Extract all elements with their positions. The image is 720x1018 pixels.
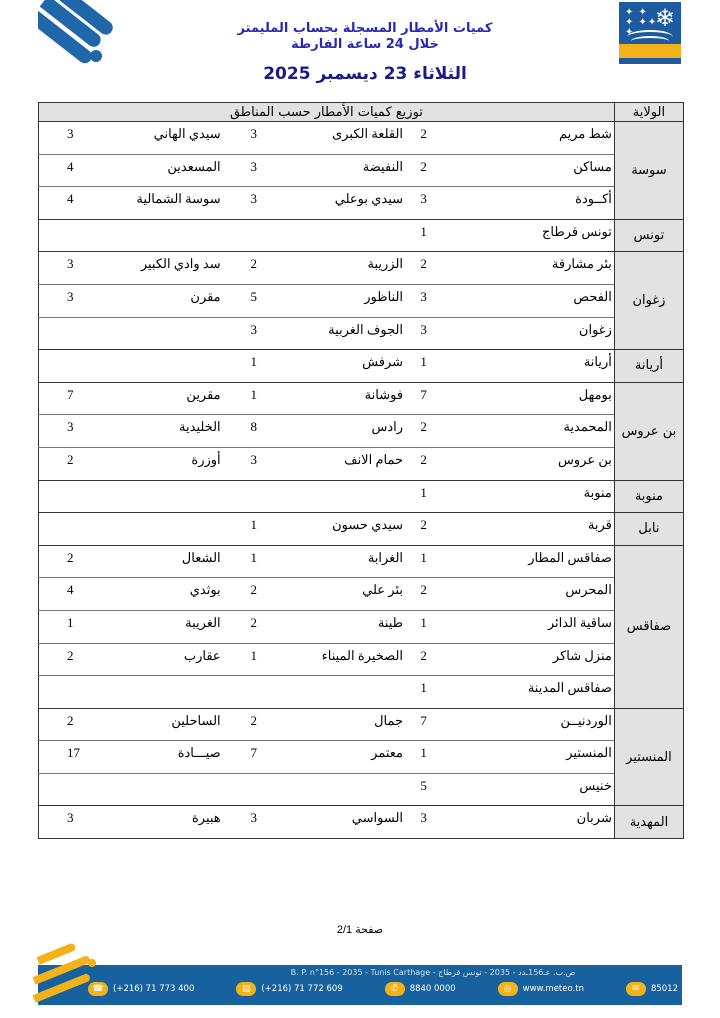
table-row: المنستير1معتمر7صيـــادة17 bbox=[39, 741, 684, 774]
table-row: سوسةشط مريم2القلعة الكبرى3سيدي الهاني3 bbox=[39, 122, 684, 155]
rainfall-value: 1 bbox=[409, 219, 438, 252]
snowflake-icon: ❄ bbox=[655, 6, 675, 30]
table-body: سوسةشط مريم2القلعة الكبرى3سيدي الهاني3مس… bbox=[39, 122, 684, 839]
table-row: ساقية الدائر1طينة2الغريبة1 bbox=[39, 610, 684, 643]
station-name: بومهل bbox=[438, 382, 614, 415]
station-name: الخليدية bbox=[80, 415, 227, 448]
station-name bbox=[281, 219, 409, 252]
station-name: أكــودة bbox=[438, 187, 614, 220]
table-row: صفاقس المدينة1 bbox=[39, 676, 684, 709]
station-name bbox=[80, 480, 227, 513]
rainfall-value: 2 bbox=[409, 252, 438, 285]
rainfall-value: 3 bbox=[39, 806, 81, 839]
station-name: عقارب bbox=[80, 643, 227, 676]
rainfall-value: 4 bbox=[39, 187, 81, 220]
rainfall-value: 2 bbox=[227, 578, 281, 611]
footer-address: B. P. n°156 - 2035 - Tunis Carthage - ص.… bbox=[188, 968, 678, 977]
contact-phone-text: (+216) 71 773 400 bbox=[113, 984, 194, 994]
table-header-row: الولاية توزيع كميات الأمطار حسب المناطق bbox=[39, 103, 684, 122]
rainfall-value: 1 bbox=[227, 382, 281, 415]
table-row: نابلقربة2سيدي حسون1 bbox=[39, 513, 684, 546]
logo-band bbox=[619, 44, 681, 58]
rainfall-value: 7 bbox=[227, 741, 281, 774]
rainfall-value bbox=[39, 480, 81, 513]
hotline-icon: ✆ bbox=[385, 982, 405, 996]
contact-fax: ▤ (+216) 71 772 609 bbox=[236, 982, 342, 996]
rainfall-value: 7 bbox=[39, 382, 81, 415]
station-name: المنستير bbox=[438, 741, 614, 774]
rainfall-value: 1 bbox=[39, 610, 81, 643]
table-row: تونستونس قرطاج1 bbox=[39, 219, 684, 252]
contact-hotline-text: 8840 0000 bbox=[410, 984, 456, 994]
rainfall-value: 2 bbox=[409, 513, 438, 546]
rainfall-value: 3 bbox=[227, 317, 281, 350]
station-name: سد وادي الكبير bbox=[80, 252, 227, 285]
rainfall-value: 1 bbox=[227, 513, 281, 546]
station-name: حمام الانف bbox=[281, 447, 409, 480]
rainfall-value: 3 bbox=[409, 806, 438, 839]
rainfall-value: 3 bbox=[227, 154, 281, 187]
rainfall-value: 2 bbox=[409, 578, 438, 611]
table-row: خنيس5 bbox=[39, 773, 684, 806]
station-name: خنيس bbox=[438, 773, 614, 806]
station-name bbox=[80, 317, 227, 350]
station-name: الصخيرة الميناء bbox=[281, 643, 409, 676]
table-row: زغوانبئر مشارقة2الزريبة2سد وادي الكبير3 bbox=[39, 252, 684, 285]
station-name: ساقية الدائر bbox=[438, 610, 614, 643]
station-name bbox=[80, 513, 227, 546]
station-name: منزل شاكر bbox=[438, 643, 614, 676]
station-name: سيدي حسون bbox=[281, 513, 409, 546]
rainfall-value: 2 bbox=[39, 643, 81, 676]
station-name: الشعال bbox=[80, 545, 227, 578]
table-row: زغوان3الجوف الغربية3 bbox=[39, 317, 684, 350]
rainfall-value: 1 bbox=[227, 643, 281, 676]
table-row: منزل شاكر2الصخيرة الميناء1عقارب2 bbox=[39, 643, 684, 676]
station-name: شرفش bbox=[281, 350, 409, 383]
page-number: صفحة 2/1 bbox=[300, 923, 420, 936]
rainfall-value: 2 bbox=[39, 545, 81, 578]
rainfall-value: 3 bbox=[39, 252, 81, 285]
station-name: بن عروس bbox=[438, 447, 614, 480]
rainfall-value: 1 bbox=[227, 350, 281, 383]
report-title: كميات الأمطار المسجلة بحساب المليمتر bbox=[200, 21, 530, 36]
rainfall-value: 2 bbox=[39, 447, 81, 480]
governorate-cell: بن عروس bbox=[614, 382, 683, 480]
station-name: سيدي الهاني bbox=[80, 122, 227, 155]
rainfall-value: 3 bbox=[409, 317, 438, 350]
rainfall-value: 1 bbox=[409, 741, 438, 774]
station-name: هبيرة bbox=[80, 806, 227, 839]
phone-icon: ☎ bbox=[88, 982, 108, 996]
contact-fax-text: (+216) 71 772 609 bbox=[261, 984, 342, 994]
station-name bbox=[80, 350, 227, 383]
station-name: بئر علي bbox=[281, 578, 409, 611]
station-name: المحمدية bbox=[438, 415, 614, 448]
table-row: أكــودة3سيدي بوعلي3سوسة الشمالية4 bbox=[39, 187, 684, 220]
station-name bbox=[281, 676, 409, 709]
station-name: معتمر bbox=[281, 741, 409, 774]
rainfall-value: 4 bbox=[39, 154, 81, 187]
rainfall-value: 2 bbox=[409, 415, 438, 448]
station-name: طينة bbox=[281, 610, 409, 643]
rainfall-value: 3 bbox=[227, 187, 281, 220]
rainfall-value bbox=[39, 350, 81, 383]
station-name: صفاقس المدينة bbox=[438, 676, 614, 709]
rainfall-value: 3 bbox=[227, 447, 281, 480]
rainfall-value bbox=[39, 219, 81, 252]
rainfall-value bbox=[227, 676, 281, 709]
governorate-cell: تونس bbox=[614, 219, 683, 252]
rainfall-value: 1 bbox=[409, 350, 438, 383]
governorate-cell: المنستير bbox=[614, 708, 683, 806]
report-subtitle: خلال 24 ساعة الفارطة bbox=[200, 37, 530, 52]
station-name bbox=[281, 773, 409, 806]
sms-icon: ✉ bbox=[626, 982, 646, 996]
station-name: شط مريم bbox=[438, 122, 614, 155]
station-name: سوسة الشمالية bbox=[80, 187, 227, 220]
rainfall-value: 3 bbox=[409, 284, 438, 317]
rainfall-value: 2 bbox=[409, 643, 438, 676]
station-name: شربان bbox=[438, 806, 614, 839]
station-name: الفحص bbox=[438, 284, 614, 317]
rainfall-value: 1 bbox=[227, 545, 281, 578]
station-name bbox=[80, 676, 227, 709]
table-row: بن عروسبومهل7فوشانة1مقرين7 bbox=[39, 382, 684, 415]
station-name: المسعدين bbox=[80, 154, 227, 187]
station-name: أوزرة bbox=[80, 447, 227, 480]
station-name: صفاقس المطار bbox=[438, 545, 614, 578]
table-row: منوبةمنوبة1 bbox=[39, 480, 684, 513]
rainfall-value bbox=[39, 513, 81, 546]
station-name: الغرابة bbox=[281, 545, 409, 578]
contact-sms: ✉ 85012 bbox=[626, 982, 678, 996]
contact-sms-text: 85012 bbox=[651, 984, 678, 994]
table-row: صفاقسصفاقس المطار1الغرابة1الشعال2 bbox=[39, 545, 684, 578]
station-name: الزريبة bbox=[281, 252, 409, 285]
station-name: جمال bbox=[281, 708, 409, 741]
rainfall-value: 7 bbox=[409, 382, 438, 415]
contact-hotline: ✆ 8840 0000 bbox=[385, 982, 456, 996]
rainfall-value bbox=[39, 773, 81, 806]
governorate-header: الولاية bbox=[614, 103, 683, 122]
rainfall-value: 2 bbox=[409, 154, 438, 187]
table-row: مساكن2النفيضة3المسعدين4 bbox=[39, 154, 684, 187]
contact-web-link[interactable]: www.meteo.tn bbox=[523, 984, 584, 994]
rainfall-value bbox=[39, 317, 81, 350]
rainfall-value: 3 bbox=[227, 806, 281, 839]
station-name: الغريبة bbox=[80, 610, 227, 643]
rainfall-value: 4 bbox=[39, 578, 81, 611]
rainfall-value: 2 bbox=[39, 708, 81, 741]
rainfall-value bbox=[227, 480, 281, 513]
rainfall-value: 1 bbox=[409, 610, 438, 643]
contact-phone: ☎ (+216) 71 773 400 bbox=[88, 982, 194, 996]
station-name bbox=[80, 773, 227, 806]
rainfall-table: الولاية توزيع كميات الأمطار حسب المناطق … bbox=[38, 102, 684, 839]
station-name: مقرين bbox=[80, 382, 227, 415]
rainfall-value: 2 bbox=[227, 610, 281, 643]
rainfall-value: 1 bbox=[409, 676, 438, 709]
station-name: رادس bbox=[281, 415, 409, 448]
rainfall-value: 2 bbox=[409, 447, 438, 480]
table-row: بن عروس2حمام الانف3أوزرة2 bbox=[39, 447, 684, 480]
governorate-cell: المهدية bbox=[614, 806, 683, 839]
station-name: فوشانة bbox=[281, 382, 409, 415]
table-row: المنستيرالوردنيــن7جمال2الساحلين2 bbox=[39, 708, 684, 741]
station-name: بوثدي bbox=[80, 578, 227, 611]
web-icon: ◎ bbox=[498, 982, 518, 996]
rainfall-value: 17 bbox=[39, 741, 81, 774]
station-name: المحرس bbox=[438, 578, 614, 611]
rainfall-value bbox=[227, 773, 281, 806]
station-name: الوردنيــن bbox=[438, 708, 614, 741]
footer: B. P. n°156 - 2035 - Tunis Carthage - ص.… bbox=[38, 955, 682, 1005]
rainfall-value: 3 bbox=[39, 415, 81, 448]
rainfall-value: 5 bbox=[227, 284, 281, 317]
rainfall-value: 2 bbox=[409, 122, 438, 155]
station-name: مقرن bbox=[80, 284, 227, 317]
rainfall-value: 1 bbox=[409, 545, 438, 578]
governorate-cell: زغوان bbox=[614, 252, 683, 350]
station-name: منوبة bbox=[438, 480, 614, 513]
rainfall-value bbox=[227, 219, 281, 252]
rainfall-value: 3 bbox=[227, 122, 281, 155]
station-name: الجوف الغربية bbox=[281, 317, 409, 350]
station-name: الساحلين bbox=[80, 708, 227, 741]
station-name: مساكن bbox=[438, 154, 614, 187]
station-name: الناظور bbox=[281, 284, 409, 317]
governorate-cell: أريانة bbox=[614, 350, 683, 383]
table-row: أريانةأريانة1شرفش1 bbox=[39, 350, 684, 383]
fax-icon: ▤ bbox=[236, 982, 256, 996]
station-name: بئر مشارقة bbox=[438, 252, 614, 285]
station-name: قربة bbox=[438, 513, 614, 546]
station-name: سيدي بوعلي bbox=[281, 187, 409, 220]
rainfall-value: 1 bbox=[409, 480, 438, 513]
rainfall-value: 3 bbox=[39, 284, 81, 317]
footer-contacts: ☎ (+216) 71 773 400 ▤ (+216) 71 772 609 … bbox=[88, 982, 678, 996]
governorate-cell: صفاقس bbox=[614, 545, 683, 708]
table-row: المهديةشربان3السواسي3هبيرة3 bbox=[39, 806, 684, 839]
station-name: السواسي bbox=[281, 806, 409, 839]
station-name: القلعة الكبرى bbox=[281, 122, 409, 155]
station-name: تونس قرطاج bbox=[438, 219, 614, 252]
rainfall-value: 3 bbox=[409, 187, 438, 220]
report-date: الثلاثاء 23 ديسمبر 2025 bbox=[220, 64, 510, 84]
contact-web: ◎ www.meteo.tn bbox=[498, 982, 584, 996]
rainfall-value: 2 bbox=[227, 252, 281, 285]
station-name: زغوان bbox=[438, 317, 614, 350]
station-name: صيـــادة bbox=[80, 741, 227, 774]
stripes-logo bbox=[38, 0, 118, 70]
inm-logo: ✦ ✦✦ ✦✦✦ ❄ bbox=[619, 2, 681, 64]
table-row: المحرس2بئر علي2بوثدي4 bbox=[39, 578, 684, 611]
rainfall-value: 2 bbox=[227, 708, 281, 741]
distribution-header: توزيع كميات الأمطار حسب المناطق bbox=[39, 103, 615, 122]
station-name bbox=[281, 480, 409, 513]
rainfall-value: 3 bbox=[39, 122, 81, 155]
governorate-cell: منوبة bbox=[614, 480, 683, 513]
station-name: أريانة bbox=[438, 350, 614, 383]
table-row: المحمدية2رادس8الخليدية3 bbox=[39, 415, 684, 448]
table-row: الفحص3الناظور5مقرن3 bbox=[39, 284, 684, 317]
rainfall-value: 8 bbox=[227, 415, 281, 448]
footer-dot bbox=[88, 959, 96, 967]
rainfall-value: 7 bbox=[409, 708, 438, 741]
station-name bbox=[80, 219, 227, 252]
station-name: النفيضة bbox=[281, 154, 409, 187]
rainfall-value bbox=[39, 676, 81, 709]
governorate-cell: سوسة bbox=[614, 122, 683, 220]
rainfall-value: 5 bbox=[409, 773, 438, 806]
governorate-cell: نابل bbox=[614, 513, 683, 546]
